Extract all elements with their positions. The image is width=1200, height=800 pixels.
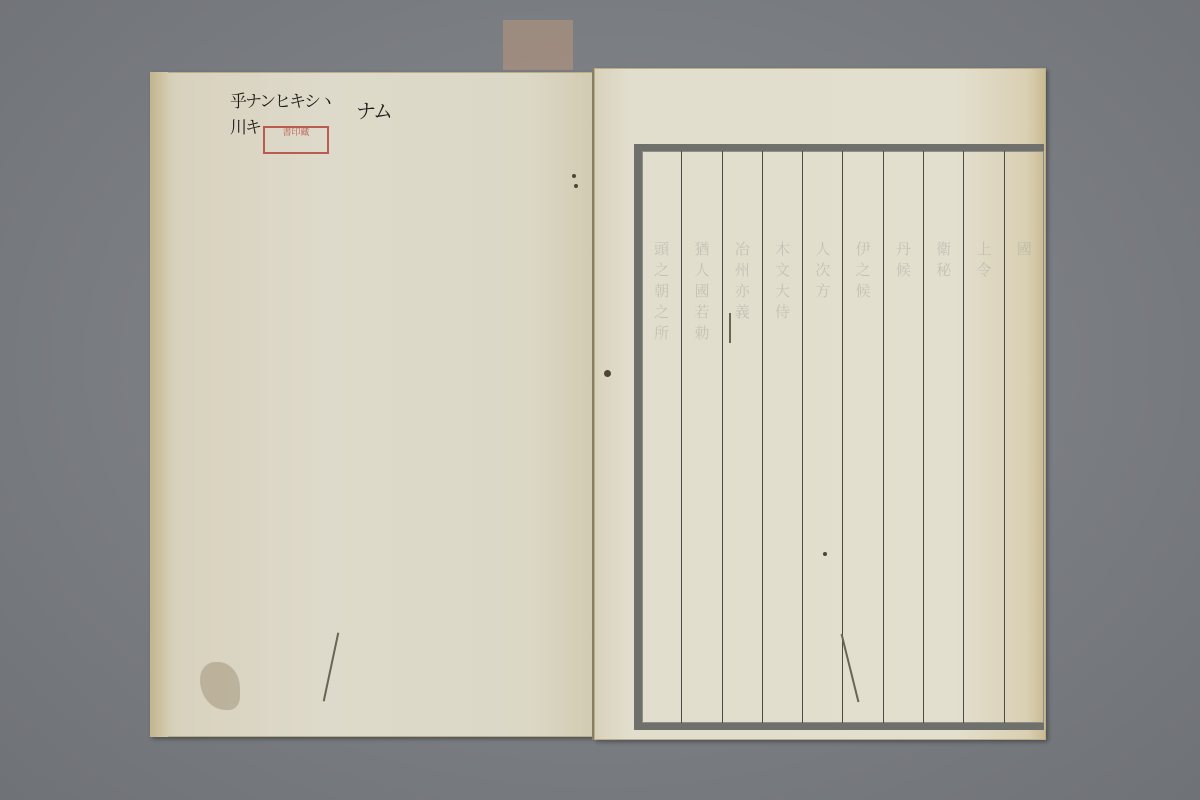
column: 人次方 [803, 151, 843, 723]
column: 頭之朝之所 [642, 151, 682, 723]
paper-crease [323, 633, 340, 702]
show-through-text: 伊之候 [853, 241, 874, 304]
wormhole [823, 552, 827, 556]
column: 伊之候 [843, 151, 883, 723]
show-through-text: 國 [1014, 241, 1035, 262]
red-seal-stamp: 書印藏 [263, 126, 329, 154]
printed-ruled-frame: 頭之朝之所 猶人國若勅 冶州亦義 木文大侍 人次方 伊之候 丹候 衛秘 上令 國 [634, 144, 1044, 730]
column: 木文大侍 [763, 151, 803, 723]
show-through-text: 木文大侍 [772, 241, 793, 325]
show-through-text: 頭之朝之所 [651, 241, 672, 346]
wormhole [604, 370, 611, 377]
left-page: 乎ナンヒキシヽ 川キ ナム 書印藏 [150, 72, 594, 737]
column: 國 [1005, 151, 1044, 723]
open-book: 乎ナンヒキシヽ 川キ ナム 書印藏 頭之朝之所 猶人國若勅 冶州亦義 木文大侍 … [145, 66, 1050, 746]
wormhole [574, 184, 578, 188]
inscription-side-mark: ナム [356, 95, 391, 124]
column: 上令 [964, 151, 1004, 723]
show-through-text: 衛秘 [933, 241, 954, 283]
show-through-text: 丹候 [893, 241, 914, 283]
paper-mark [729, 313, 731, 343]
right-page: 頭之朝之所 猶人國若勅 冶州亦義 木文大侍 人次方 伊之候 丹候 衛秘 上令 國 [594, 68, 1046, 740]
inscription-line-2: 川キ [230, 113, 260, 138]
column: 丹候 [884, 151, 924, 723]
show-through-text: 上令 [974, 241, 995, 283]
show-through-text: 猶人國若勅 [691, 241, 712, 346]
wormhole [572, 174, 576, 178]
show-through-text: 人次方 [812, 241, 833, 304]
water-stain [200, 662, 240, 710]
column: 猶人國若勅 [682, 151, 722, 723]
column: 冶州亦義 [723, 151, 763, 723]
label-slip [503, 20, 573, 70]
inscription-line-1: 乎ナンヒキシヽ [230, 87, 334, 112]
column: 衛秘 [924, 151, 964, 723]
show-through-text: 冶州亦義 [732, 241, 753, 325]
